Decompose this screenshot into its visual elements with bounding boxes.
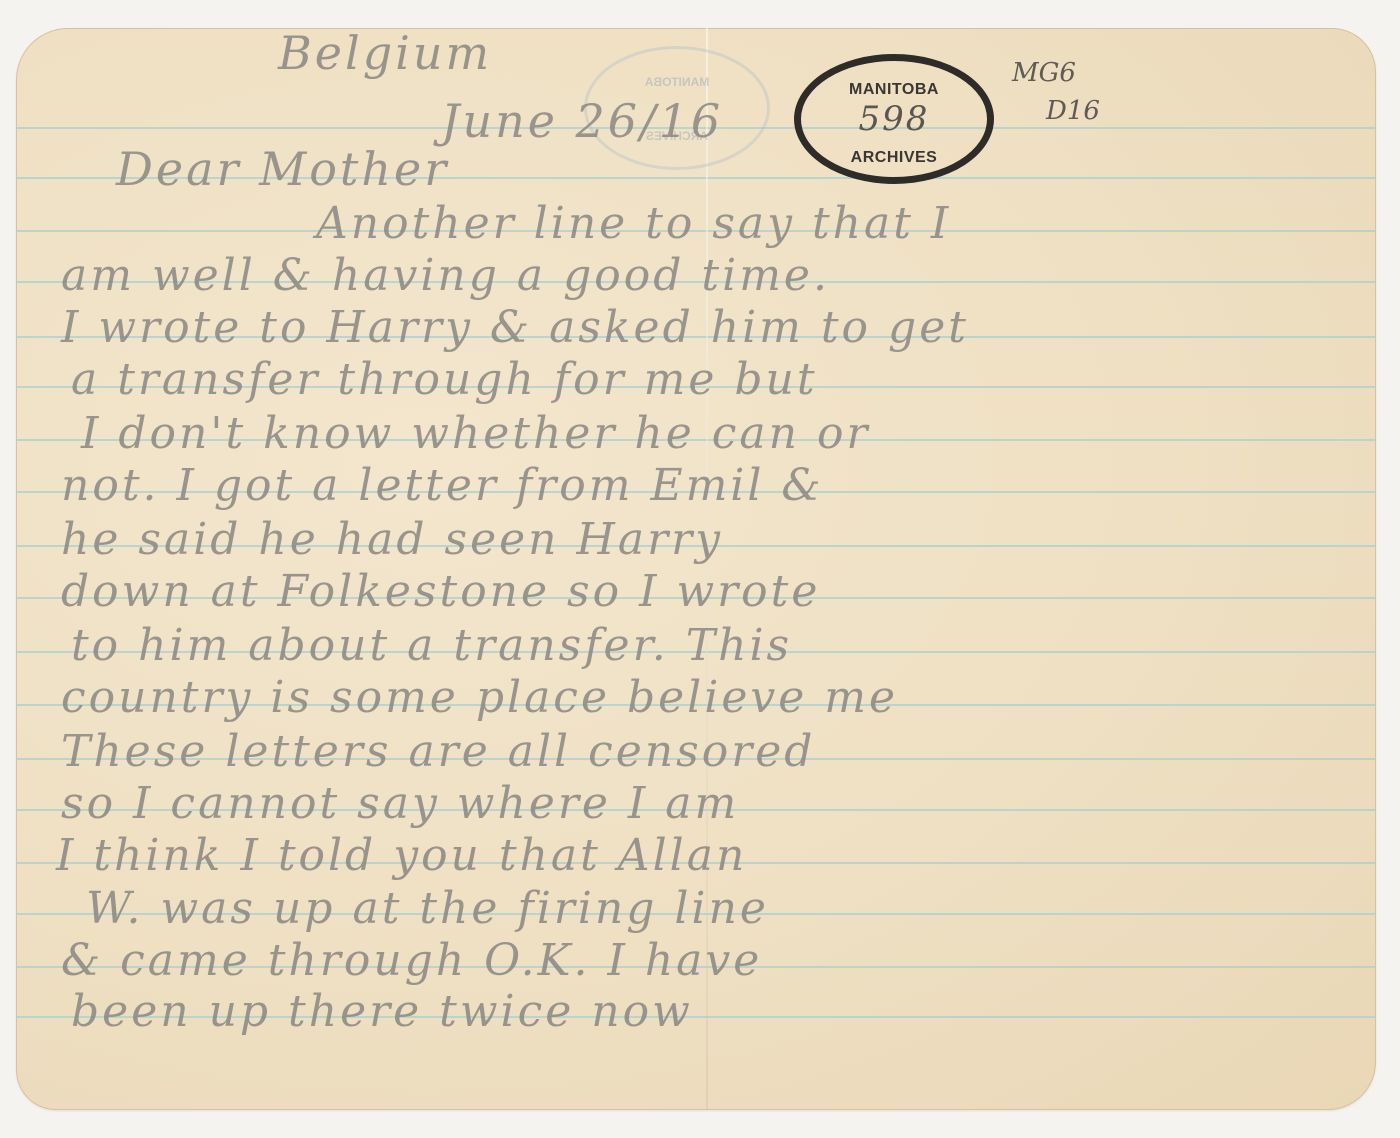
- letter-line: W. was up at the firing line: [86, 883, 769, 934]
- letter-line: so I cannot say where I am: [61, 778, 739, 829]
- letter-line: a transfer through for me but: [71, 354, 818, 405]
- letter-line: I think I told you that Allan: [56, 830, 747, 881]
- stamp-number: 598: [801, 99, 987, 139]
- ghost-stamp-top: MANITOBA: [587, 75, 767, 89]
- letter-line: down at Folkestone so I wrote: [61, 566, 820, 617]
- stamp-bottom-text: ARCHIVES: [801, 149, 987, 167]
- letter-line: been up there twice now: [71, 986, 693, 1037]
- letter-line: not. I got a letter from Emil &: [61, 460, 824, 511]
- archives-stamp: MANITOBA 598 ARCHIVES: [794, 54, 994, 184]
- letter-page: MANITOBA ARCHIVES Belgium June 26/16 Dea…: [16, 28, 1376, 1110]
- stamp-top-text: MANITOBA: [801, 81, 987, 99]
- letter-line: & came through O.K. I have: [61, 935, 762, 986]
- letter-line: am well & having a good time.: [61, 250, 830, 301]
- letter-line: I wrote to Harry & asked him to get: [61, 302, 969, 353]
- letter-line: he said he had seen Harry: [61, 514, 723, 565]
- letter-place: Belgium: [278, 28, 492, 80]
- reference-line-2: D16: [1046, 96, 1100, 126]
- letter-line: I don't know whether he can or: [81, 408, 870, 459]
- letter-line: country is some place believe me: [61, 672, 898, 723]
- letter-date: June 26/16: [441, 94, 723, 148]
- letter-line: to him about a transfer. This: [71, 620, 792, 671]
- letter-salutation: Dear Mother: [116, 142, 449, 196]
- reference-line-1: MG6: [1012, 58, 1076, 88]
- letter-line: Another line to say that I: [316, 198, 951, 249]
- letter-line: These letters are all censored: [61, 726, 815, 777]
